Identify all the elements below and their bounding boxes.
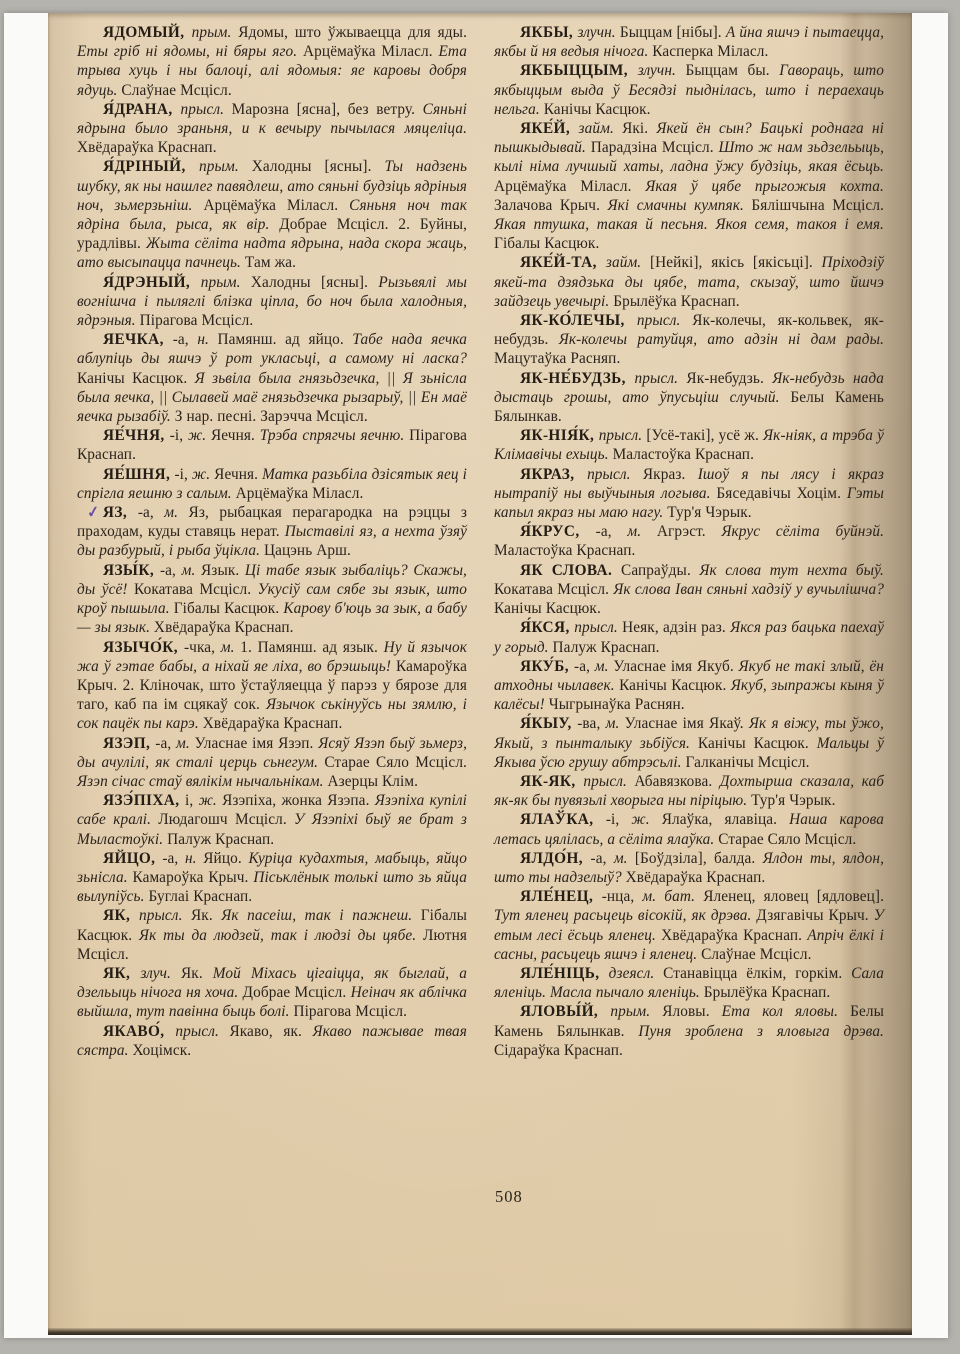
example-italic-text: м. [595, 658, 614, 675]
plain-text: Касперка Міласл. [652, 43, 768, 60]
example-italic-text: м. [221, 639, 240, 656]
example-italic-text: прысл. [599, 427, 647, 444]
headword: ЯКАВО́, [103, 1023, 175, 1040]
example-italic-text: м. [164, 504, 188, 521]
plain-text: Якраз. [643, 466, 698, 483]
example-italic-text: ж. [631, 811, 661, 828]
plain-text: Хвёдараўка Краснап. [661, 927, 807, 944]
dictionary-entry: ЯЗЫЧО́К, -чка, м. 1. Памянш. ад язык. Ну… [77, 638, 467, 734]
example-italic-text: м. [606, 715, 625, 732]
example-italic-text: Ета кол яловы. [722, 1003, 850, 1020]
plain-text: Станавіцца ёлкім, горкім. [663, 965, 851, 982]
plain-text: Арцёмаўка Міласл. [494, 178, 645, 195]
page-number: 508 [495, 1187, 523, 1207]
example-italic-text: злучн. [578, 24, 620, 41]
plain-text: Гібалы Касцюк. [174, 600, 284, 617]
example-italic-text: прысл. [175, 1023, 229, 1040]
dictionary-page: ЯДОМЫЙ, прым. Ядомы, што ўжываецца для я… [48, 13, 912, 1335]
dictionary-entry: ЯК, прысл. Як. Як пасеіш, так і пажнеш. … [77, 906, 467, 964]
headword: Я́ДРЭНЫЙ, [103, 274, 201, 291]
headword: ЯЛАЎКА, [520, 811, 606, 828]
dictionary-entry: ЯКБЫЦЦЫМ, злучн. Быццам бы. Гавораць, шт… [494, 61, 884, 119]
plain-text: Яечня. [211, 427, 260, 444]
headword: Я́КЫУ, [520, 715, 577, 732]
dictionary-entry: ЯК, злуч. Як. Мой Міхась цігаіцца, як бы… [77, 964, 467, 1022]
plain-text: Азерцы Клім. [327, 773, 418, 790]
plain-text: Людагошч Мсцісл. [158, 811, 294, 828]
dictionary-entry: ЯК-НЕ́БУДЗЬ, прысл. Як-небудзь. Як-небуд… [494, 369, 884, 427]
plain-text: Хоцімск. [132, 1042, 191, 1059]
plain-text: Хвёдараўка Краснап. [203, 715, 343, 732]
column-left: ЯДОМЫЙ, прым. Ядомы, што ўжываецца для я… [77, 23, 467, 1060]
plain-text: Ядомы, што ўжываецца для яды. [238, 24, 467, 41]
dictionary-entry: ЯК СЛОВА. Сапраўды. Як слова тут нехта б… [494, 561, 884, 619]
plain-text: Якаво, як. [229, 1023, 312, 1040]
plain-text: Палуж Краснап. [167, 831, 274, 848]
headword: Я́ДРАНА, [103, 101, 180, 118]
plain-text: Парадзіна Мсцісл. [591, 139, 719, 156]
dictionary-entry: Я́ДРЭНЫЙ, прым. Халодны [ясны]. Рызьвялі… [77, 273, 467, 331]
headword: ЯЕЧКА, [103, 331, 173, 348]
plain-text: Абавязкова. [634, 773, 719, 790]
headword: ЯЗЫЧО́К, [103, 639, 184, 656]
example-italic-text: прысл. [635, 370, 687, 387]
plain-text: -а, [160, 562, 182, 579]
headword: ЯКЕ́Й-ТА, [520, 254, 606, 271]
plain-text: Бялішчына Мсцісл. [751, 197, 884, 214]
example-italic-text: прым. [199, 158, 252, 175]
example-italic-text: дзеясл. [609, 965, 663, 982]
plain-text: Старае Сяло Мсцісл. [324, 754, 467, 771]
example-italic-text: прысл. [574, 619, 622, 636]
plain-text: Яловы. [662, 1003, 721, 1020]
example-italic-text: злучн. [638, 62, 686, 79]
plain-text: -і, [170, 427, 188, 444]
example-italic-text: ж. [199, 792, 223, 809]
dictionary-entry: ЯКЕ́Й, займ. Які. Якей ён сын? Бацькі ро… [494, 119, 884, 253]
plain-text: Сапраўды. [621, 562, 699, 579]
dictionary-entry: ЯЗЭП, -а, м. Уласнае імя Язэп. Ясяў Язэп… [77, 734, 467, 792]
example-italic-text: прым. [201, 274, 251, 291]
headword: ЯК-КО́ЛЕЧЫ, [520, 312, 637, 329]
headword: ЯЙЦО, [103, 850, 162, 867]
dictionary-entry: Я́ДРАНА, прысл. Марозна [ясна], без ветр… [77, 100, 467, 158]
example-italic-text: Еты гріб ні ядомы, ні бяры яго. [77, 43, 303, 60]
plain-text: -а, [591, 850, 614, 867]
example-italic-text: н. [185, 850, 203, 867]
dictionary-entry: ЯКБЫ, злучн. Быццам [нібы]. А йна яшчэ і… [494, 23, 884, 61]
plain-text: Слаўнае Мсцісл. [701, 946, 811, 963]
plain-text: Яечня. [214, 466, 262, 483]
example-italic-text: Як пасеіш, так і пажнеш. [221, 907, 420, 924]
example-italic-text: м. [176, 735, 195, 752]
dictionary-entry: ЯЕ́ШНЯ, -і, ж. Яечня. Матка разьбіла дзі… [77, 465, 467, 503]
plain-text: Хвёдараўка Краснап. [626, 869, 766, 886]
plain-text: [Усё-такі], усё ж. [646, 427, 763, 444]
plain-text: Хвёдараўка Краснап. [154, 619, 294, 636]
dictionary-entry: ЯЛЕ́НЕЦ, -нца, м. бат. Яленец, яловец [я… [494, 887, 884, 964]
pen-checkmark-icon: ✓ [86, 502, 101, 523]
plain-text: -а, [138, 504, 164, 521]
plain-text: Неяк, адзін раз. [622, 619, 730, 636]
dictionary-entry: ЯК-ЯК, прысл. Абавязкова. Дохтырша сказа… [494, 772, 884, 810]
headword: ЯК-НІЯ́К, [520, 427, 599, 444]
plain-text: Пірагова Мсцісл. [293, 1003, 407, 1020]
plain-text: З нар. песні. Зарэчча Мсцісл. [175, 408, 368, 425]
plain-text: -і, [606, 811, 632, 828]
example-italic-text: Як слова Іван сяньні хадзіў у вучылішча? [613, 581, 884, 598]
plain-text: Буглаі Краснап. [148, 888, 252, 905]
headword: ЯЗЫ́К, [103, 562, 160, 579]
dictionary-entry: ЯК-КО́ЛЕЧЫ, прысл. Як-колечы, як-кольвек… [494, 311, 884, 369]
column-right: ЯКБЫ, злучн. Быццам [нібы]. А йна яшчэ і… [494, 23, 884, 1060]
plain-text: Памянш. ад яйцо. [218, 331, 353, 348]
headword: ЯК-ЯК, [520, 773, 583, 790]
plain-text: Яленец, яловец [ядловец]. [703, 888, 884, 905]
plain-text: Язык. [201, 562, 245, 579]
plain-text: Марозна [ясна], без ветру. [232, 101, 423, 118]
plain-text: Галканічы Мсцісл. [686, 754, 810, 771]
plain-text: Пірагова Мсцісл. [140, 312, 254, 329]
headword: ЯК-НЕ́БУДЗЬ, [520, 370, 635, 387]
dictionary-entry: ЯЛДО́Н, -а, м. [Боўдзіла], балда. Ялдон … [494, 849, 884, 887]
example-italic-text: Пуня зроблена з яловыга дрэва. [638, 1023, 884, 1040]
plain-text: -а, [155, 735, 176, 752]
plain-text: Палуж Краснап. [553, 639, 660, 656]
plain-text: Залачова Крыч. [494, 197, 608, 214]
example-italic-text: прысл. [583, 773, 634, 790]
example-italic-text: Які смачны кумпяк. [608, 197, 752, 214]
plain-text: Арцёмаўка Міласл. [303, 43, 438, 60]
plain-text: Старае Сяло Мсцісл. [718, 831, 856, 848]
example-italic-text: займ. [606, 254, 650, 271]
headword: ЯКРАЗ, [520, 466, 587, 483]
plain-text: Які. [622, 120, 656, 137]
scanned-dictionary-page: { "page": { "number": "508" }, "colors":… [0, 0, 960, 1354]
plain-text: Сідараўка Краснап. [494, 1042, 623, 1059]
example-italic-text: злуч. [141, 965, 182, 982]
example-italic-text: ж. [192, 466, 214, 483]
plain-text: Як-небудзь. [686, 370, 772, 387]
example-italic-text: м. [614, 850, 635, 867]
plain-text: Слаўнае Мсцісл. [121, 82, 231, 99]
example-italic-text: Язэп січас стаў вялікім нычальнікам. [77, 773, 327, 790]
plain-text: Халодны [ясны]. [251, 274, 379, 291]
paper-sheet: ЯДОМЫЙ, прым. Ядомы, што ўжываецца для я… [4, 13, 948, 1338]
plain-text: Уласнае імя Якаў. [625, 715, 749, 732]
plain-text: Камароўка Крыч. [133, 869, 254, 886]
example-italic-text: прысл. [180, 101, 231, 118]
plain-text: Канічы Касцюк. [544, 101, 651, 118]
text-columns: ЯДОМЫЙ, прым. Ядомы, што ўжываецца для я… [48, 13, 912, 1060]
plain-text: Уласнае імя Якуб. [613, 658, 738, 675]
headword: Я́ДРІНЫЙ, [103, 158, 199, 175]
example-italic-text: м. [627, 523, 657, 540]
plain-text: -а, [162, 850, 185, 867]
plain-text: Чыгрынаўка Раснян. [549, 696, 685, 713]
dictionary-entry: ЯЛЕ́НІЦЬ, дзеясл. Станавіцца ёлкім, горк… [494, 964, 884, 1002]
dictionary-entry: Я́КЫУ, -ва, м. Уласнае імя Якаў. Як я ві… [494, 714, 884, 772]
plain-text: Язэпіха, жонка Язэпа. [222, 792, 375, 809]
dictionary-entry: ЯКЕ́Й-ТА, займ. [Нейкі], якісь [якісьці]… [494, 253, 884, 311]
plain-text: Яйцо. [203, 850, 248, 867]
page-edge-shadow [48, 1328, 912, 1335]
plain-text: [Нейкі], якісь [якісьці]. [650, 254, 822, 271]
headword: ЯЛЕ́НЕЦ, [520, 888, 602, 905]
example-italic-text: прысл. [637, 312, 692, 329]
example-italic-text: Якрус сёліта буйнэй. [721, 523, 884, 540]
plain-text: Тур'я Чэрык. [667, 504, 751, 521]
headword: ЯЗЭ́ПІХА, [103, 792, 185, 809]
plain-text: Халодны [ясны]. [252, 158, 385, 175]
plain-text: Хвёдараўка Краснап. [77, 139, 217, 156]
plain-text: Канічы Касцюк. [698, 735, 817, 752]
headword: ЯДОМЫЙ, [103, 24, 192, 41]
headword: ЯЛДО́Н, [520, 850, 591, 867]
headword: ЯК, [103, 907, 139, 924]
plain-text: Мацутаўка Расняп. [494, 350, 620, 367]
dictionary-entry: ✓ЯЗ, -а, м. Яз, рыбацкая перагародка на … [77, 503, 467, 561]
dictionary-entry: ЯКРАЗ, прысл. Якраз. Ішоў я пы лясу і як… [494, 465, 884, 523]
dictionary-entry: ЯЕ́ЧНЯ, -і, ж. Яечня. Трэба спрягчы яечн… [77, 426, 467, 464]
example-italic-text: Як-колечы ратуйця, ато адзін ні дам рады… [559, 331, 884, 348]
headword: ЯЕ́ШНЯ, [103, 466, 174, 483]
plain-text: -а, [574, 658, 595, 675]
plain-text: -а, [596, 523, 628, 540]
example-italic-text: займ. [579, 120, 623, 137]
plain-text: Тур'я Чэрык. [751, 792, 835, 809]
dictionary-entry: ЯКУ́Б, -а, м. Уласнае імя Якуб. Якуб не … [494, 657, 884, 715]
headword: ЯЗ, [103, 504, 138, 521]
plain-text: Брылёўка Краснап. [704, 984, 831, 1001]
plain-text: Быццам [нібы]. [620, 24, 726, 41]
plain-text: 1. Памянш. ад язык. [240, 639, 383, 656]
plain-text: Канічы Касцюк. [77, 370, 195, 387]
example-italic-text: Як ты да людзей, так і людзі ды цябе. [139, 927, 423, 944]
dictionary-entry: ЯК-НІЯ́К, прысл. [Усё-такі], усё ж. Як-н… [494, 426, 884, 464]
plain-text: Агрэст. [657, 523, 722, 540]
plain-text: Кокатава Мсцісл. [494, 581, 613, 598]
headword: Я́КРУС, [520, 523, 596, 540]
plain-text: -і, [174, 466, 191, 483]
plain-text: Гібалы Касцюк. [494, 235, 599, 252]
dictionary-entry: Я́ДРІНЫЙ, прым. Халодны [ясны]. Ты надзе… [77, 157, 467, 272]
plain-text: -нца, [602, 888, 643, 905]
plain-text: Бяседавічы Хоцім. [716, 485, 847, 502]
example-italic-text: Якая ў цябе прыгожыя кохта. [645, 178, 884, 195]
plain-text: Маластоўка Краснап. [613, 446, 754, 463]
plain-text: і, [185, 792, 199, 809]
plain-text: Як. [191, 907, 221, 924]
headword: ЯКУ́Б, [520, 658, 574, 675]
example-italic-text: прым. [610, 1003, 662, 1020]
dictionary-entry: ЯЕЧКА, -а, н. Памянш. ад яйцо. Табе нада… [77, 330, 467, 426]
plain-text: Арцёмаўка Міласл. [236, 485, 364, 502]
dictionary-entry: ЯКАВО́, прысл. Якаво, як. Якаво пажывае … [77, 1022, 467, 1060]
headword: ЯЛОВЫ́Й, [520, 1003, 610, 1020]
plain-text: Уласнае імя Язэп. [195, 735, 319, 752]
headword: ЯК СЛОВА. [520, 562, 621, 579]
plain-text: Як. [181, 965, 213, 982]
headword: ЯЕ́ЧНЯ, [103, 427, 170, 444]
plain-text: Ялаўка, ялавіца. [662, 811, 789, 828]
dictionary-entry: ЯЗЫ́К, -а, м. Язык. Ці табе язык зыбаліц… [77, 561, 467, 638]
plain-text: Цацэнь Арш. [264, 542, 351, 559]
example-italic-text: Тут яленец расьцець вісокій, як дрэва. [494, 907, 756, 924]
example-italic-text: Якая птушка, такая й песьня. Якоя семя, … [494, 216, 884, 233]
plain-text: Канічы Касцюк. [494, 600, 601, 617]
plain-text: -а, [173, 331, 198, 348]
dictionary-entry: Я́КРУС, -а, м. Агрэст. Якрус сёліта буйн… [494, 522, 884, 560]
headword: ЯЛЕ́НІЦЬ, [520, 965, 609, 982]
plain-text: Дзягавічы Крыч. [756, 907, 873, 924]
plain-text: -ва, [577, 715, 605, 732]
plain-text: Брылёўка Краснап. [613, 293, 740, 310]
example-italic-text: м. [182, 562, 201, 579]
dictionary-entry: ЯЛАЎКА, -і, ж. Ялаўка, ялавіца. Наша кар… [494, 810, 884, 848]
headword: ЯЗЭП, [103, 735, 155, 752]
plain-text: Там жа. [245, 254, 296, 271]
plain-text: Арцёмаўка Міласл. [203, 197, 349, 214]
plain-text: -чка, [184, 639, 221, 656]
plain-text: Добрае Мсцісл. [243, 984, 351, 1001]
headword: ЯКБЫ, [520, 24, 578, 41]
example-italic-text: прысл. [139, 907, 191, 924]
dictionary-entry: ЯЙЦО, -а, н. Яйцо. Куріца кудахтыя, мабы… [77, 849, 467, 907]
example-italic-text: прым. [192, 24, 239, 41]
plain-text: Быццам бы. [685, 62, 779, 79]
dictionary-entry: ЯЗЭ́ПІХА, і, ж. Язэпіха, жонка Язэпа. Яз… [77, 791, 467, 849]
plain-text: Кокатава Мсцісл. [134, 581, 258, 598]
dictionary-entry: ЯЛОВЫ́Й, прым. Яловы. Ета кол яловы. Бел… [494, 1002, 884, 1060]
example-italic-text: Трэба спрягчы яечню. [260, 427, 409, 444]
plain-text: Маластоўка Краснап. [494, 542, 635, 559]
example-italic-text: прысл. [587, 466, 643, 483]
example-italic-text: м. бат. [642, 888, 703, 905]
example-italic-text: ж. [188, 427, 211, 444]
example-italic-text: н. [197, 331, 217, 348]
dictionary-entry: Я́КСЯ, прысл. Неяк, адзін раз. Якся раз … [494, 618, 884, 656]
headword: ЯКБЫЦЦЫМ, [520, 62, 638, 79]
headword: ЯКЕ́Й, [520, 120, 579, 137]
headword: ЯК, [103, 965, 141, 982]
example-italic-text: Як слова тут нехта быў. [699, 562, 884, 579]
headword: Я́КСЯ, [520, 619, 574, 636]
plain-text: Канічы Касцюк. [619, 677, 731, 694]
plain-text: [Боўдзіла], балда. [635, 850, 763, 867]
dictionary-entry: ЯДОМЫЙ, прым. Ядомы, што ўжываецца для я… [77, 23, 467, 100]
